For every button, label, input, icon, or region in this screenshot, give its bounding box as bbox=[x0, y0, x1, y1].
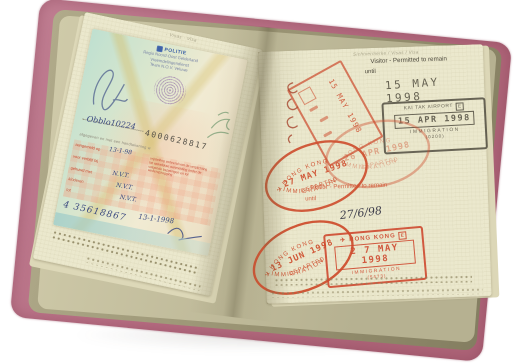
form-label: kinderen bbox=[68, 176, 84, 184]
stamp-mark bbox=[309, 105, 318, 112]
red-permit-line2: until bbox=[305, 196, 316, 202]
form-label: voor verblijf bij bbox=[73, 153, 99, 163]
form-label: gehuwd met bbox=[70, 165, 92, 174]
form-value-handwritten: N.V.T. bbox=[116, 182, 134, 192]
passport-photo: · Visas · Visa POLITIE Regio Noord-Oost … bbox=[0, 0, 523, 364]
arrival-stamp-corner: E bbox=[456, 102, 464, 110]
right-page: Sichtvermerke / Visas / Visa Visitor - P… bbox=[258, 44, 492, 304]
permit-text-line2: until bbox=[365, 69, 376, 75]
permit-text-line1: Visitor - Permitted to remain bbox=[370, 55, 447, 65]
form-label: tot bbox=[66, 187, 71, 193]
form-value-handwritten: N.V.T. bbox=[119, 194, 137, 204]
hk-stamp-corner: E bbox=[398, 231, 407, 239]
page-header: Sichtvermerke / Visas / Visa bbox=[353, 47, 488, 57]
form-value-handwritten: N.V.T. bbox=[112, 170, 130, 180]
form-label: aangemeld op bbox=[75, 142, 101, 152]
airplane-icon: ✈ bbox=[340, 237, 347, 244]
